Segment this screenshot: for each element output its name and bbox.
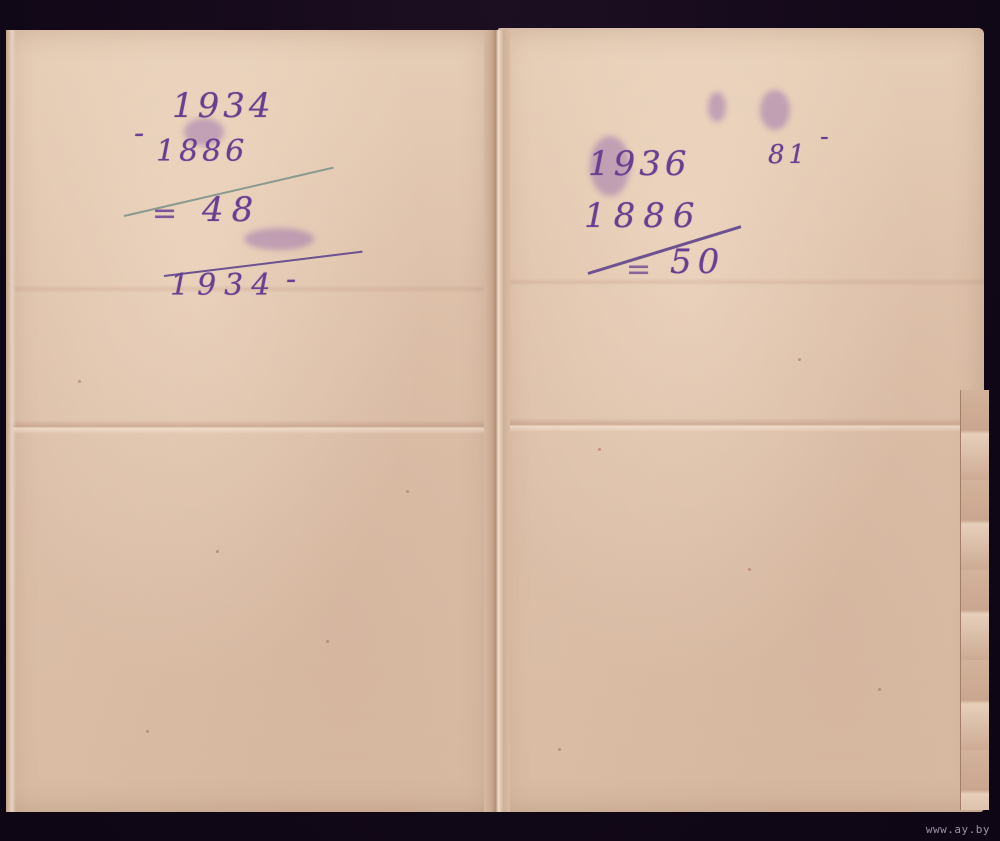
torn-right-edge <box>960 390 989 810</box>
minus-sign: - <box>134 116 148 151</box>
left-page-edge <box>6 30 16 812</box>
footer-year: 1934 <box>170 268 278 303</box>
minus-sign: - <box>820 122 833 152</box>
subtrahend-number: 1886 <box>584 196 703 236</box>
watermark: www.ay.by <box>926 823 990 836</box>
ink-smudge <box>708 92 726 122</box>
ink-smudge <box>760 90 790 130</box>
result-number: 50 <box>670 242 725 282</box>
right-page: 1936 81 - 1886 = 50 <box>498 28 984 812</box>
result-number: 48 <box>202 190 261 230</box>
left-page: - 1934 1886 = 48 1934 - <box>6 30 492 812</box>
margin-marks: 81 <box>768 140 809 170</box>
ink-smudge <box>244 228 314 250</box>
equals-mark: = <box>626 252 655 287</box>
horizontal-fold <box>498 418 984 432</box>
fold-crease <box>498 278 984 286</box>
horizontal-fold <box>6 420 492 434</box>
subtrahend-number: 1886 <box>156 134 248 169</box>
footer-dash: - <box>286 262 300 297</box>
minuend-number: 1936 <box>588 144 691 184</box>
minuend-number: 1934 <box>172 86 275 126</box>
equals-mark: = <box>152 196 183 231</box>
booklet-spine <box>484 30 510 812</box>
